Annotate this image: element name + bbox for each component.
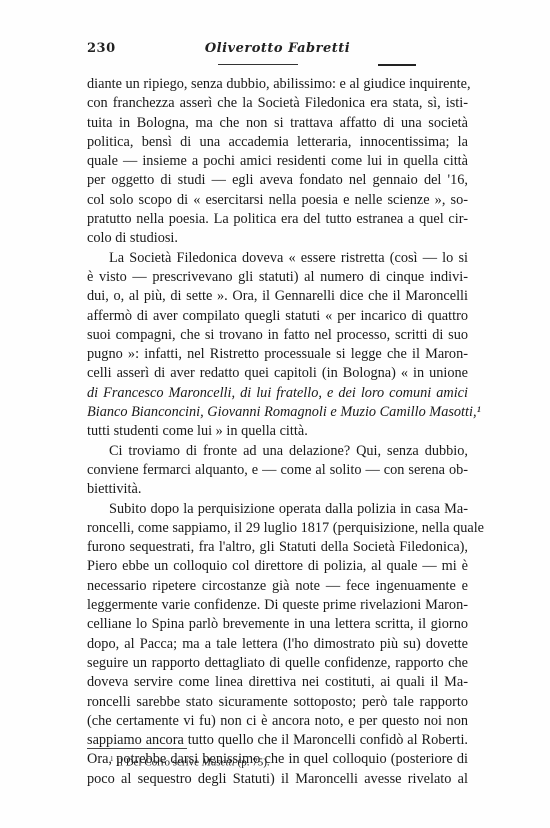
text-line: dopo, al Pacca; ma a tale lettera (l'ho … <box>87 635 468 654</box>
text-line: Ci troviamo di fronte ad una delazione? … <box>87 442 468 461</box>
text-line: Piero ebbe un colloquio col direttore di… <box>87 557 468 576</box>
text-line: roncelli sarebbe stato sicuramente sotto… <box>87 693 468 712</box>
footnote-text: Il Del Corro scrive <box>116 757 202 769</box>
text-line: Bianco Bianconcini, Giovanni Romagnoli e… <box>87 403 468 422</box>
text-line: diante un ripiego, senza dubbio, abiliss… <box>87 75 468 94</box>
text-line: seguire un rapporto dettagliato di quell… <box>87 654 468 673</box>
text-line: celliane lo Spina parlò brevemente in un… <box>87 615 468 634</box>
text-line: (che certamente vi fu) non ci è ancora n… <box>87 712 468 731</box>
text-line: tuita in Bologna, ma che non si trattava… <box>87 114 468 133</box>
text-line: di Francesco Maroncelli, di lui fratello… <box>87 384 468 403</box>
footnote-tail: (p. 75). <box>235 757 270 769</box>
text-line: pratutto nella poesia. La politica era d… <box>87 210 468 229</box>
text-line: per oggetto di studi — egli aveva fondat… <box>87 171 468 190</box>
running-head: Oliverotto Fabretti <box>87 41 468 56</box>
text-line: politica, bensì di una accademia lettera… <box>87 133 468 152</box>
footnote-rule <box>87 748 187 749</box>
text-line: è visto — prescrivevano gli statuti) al … <box>87 268 468 287</box>
body-text: diante un ripiego, senza dubbio, abiliss… <box>87 75 468 789</box>
footnote-marker: 1 <box>110 755 114 763</box>
book-page: 230 Oliverotto Fabretti diante un ripieg… <box>0 0 550 828</box>
text-line: necessario ripetere circostanze già note… <box>87 577 468 596</box>
footnote-italic: Masetti <box>202 757 235 769</box>
text-line: col solo scopo di « esercitarsi nella po… <box>87 191 468 210</box>
text-line: tutti studenti come lui » in quella citt… <box>87 422 468 441</box>
text-line: suoi compagni, che si trovano in fatto n… <box>87 326 468 345</box>
text-line: celli asserì di aver redatto quei capito… <box>87 364 468 383</box>
header-rule <box>218 64 298 65</box>
text-line: leggermente varie confidenze. Di queste … <box>87 596 468 615</box>
text-line: affermò di aver compilato quegli statuti… <box>87 307 468 326</box>
text-line: roncelli, come sappiamo, il 29 luglio 18… <box>87 519 468 538</box>
text-line: pugno »: infatti, nel Ristretto processu… <box>87 345 468 364</box>
footnote: 1 Il Del Corro scrive Masetti (p. 75). <box>110 755 270 769</box>
page-header: 230 Oliverotto Fabretti <box>87 41 468 61</box>
text-line: quale — insieme a pochi amici residenti … <box>87 152 468 171</box>
text-line: biettività. <box>87 480 468 499</box>
text-line: colo di studiosi. <box>87 229 468 248</box>
text-line: doveva servire come linea direttiva nei … <box>87 673 468 692</box>
text-line: con franchezza asserì che la Società Fil… <box>87 94 468 113</box>
text-line: furono sequestrati, fra l'altro, gli Sta… <box>87 538 468 557</box>
text-line: La Società Filedonica doveva « essere ri… <box>87 249 468 268</box>
text-line: Subito dopo la perquisizione operata dal… <box>87 500 468 519</box>
header-rule <box>378 64 416 66</box>
text-line: dui, o, al più, di sette ». Ora, il Genn… <box>87 287 468 306</box>
text-line: conviene fermarci alquanto, e — come al … <box>87 461 468 480</box>
text-line: poco al sequestro degli Statuti) il Maro… <box>87 770 468 789</box>
